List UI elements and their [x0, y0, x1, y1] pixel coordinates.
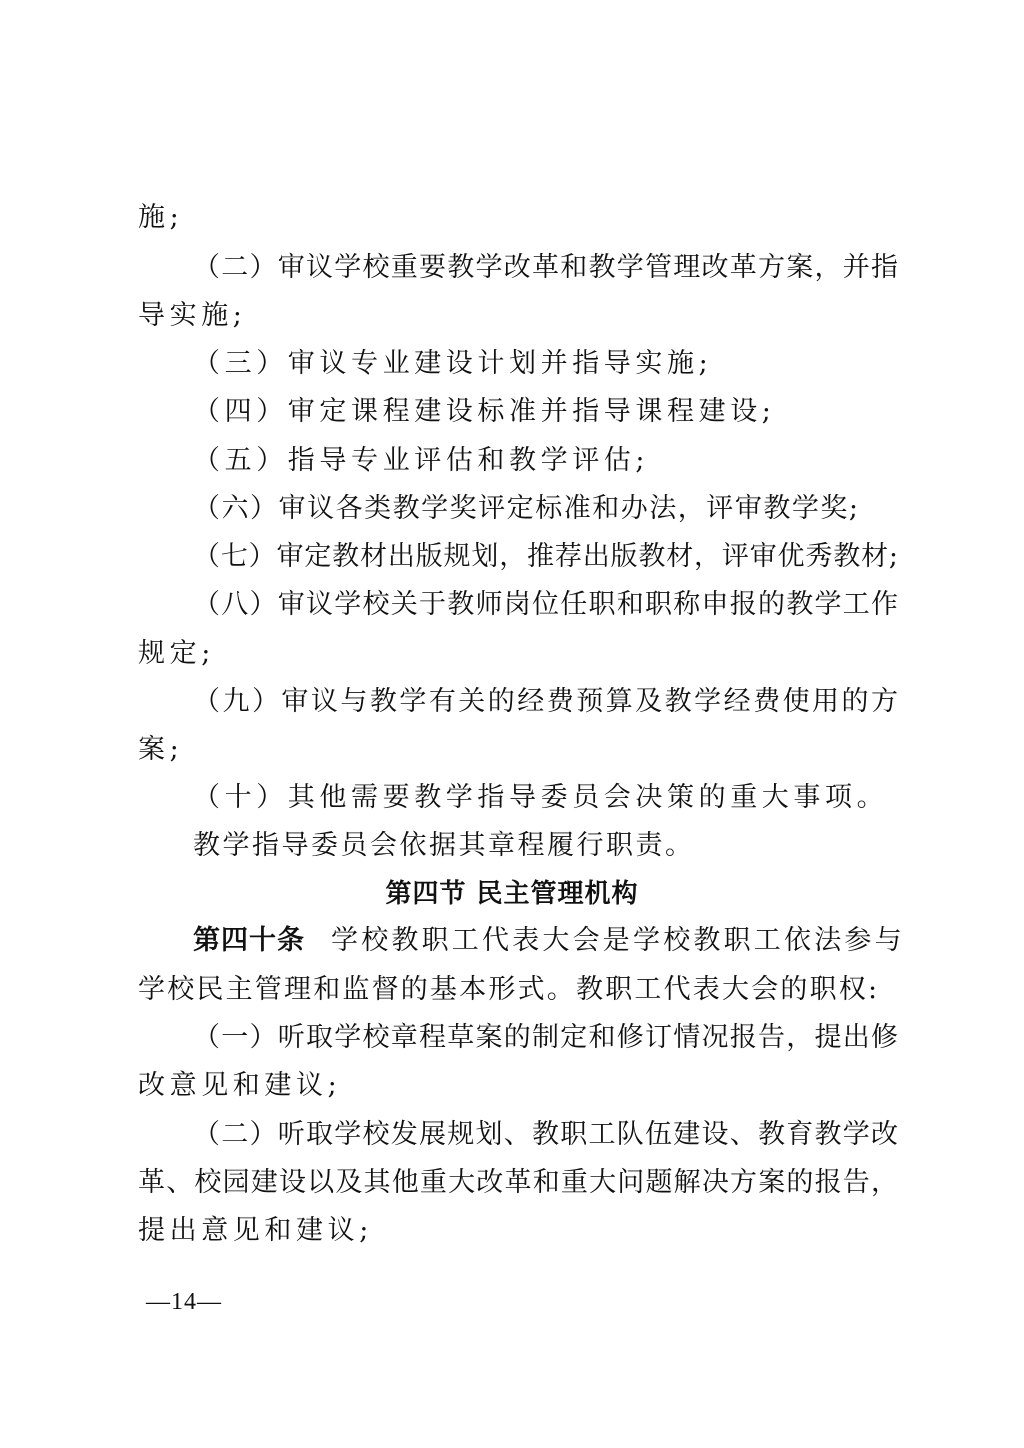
- paragraph-line: 案;: [138, 733, 183, 767]
- article-first-line: 第四十条学校教职工代表大会是学校教职工依法参与: [193, 924, 905, 958]
- article-label: 第四十条: [193, 925, 305, 956]
- list-item-3: （三）审议专业建设计划并指导实施;: [193, 347, 712, 381]
- list-item-9: （九）审议与教学有关的经费预算及教学经费使用的方: [193, 685, 898, 719]
- paragraph-line: 导实施;: [138, 299, 247, 333]
- list-item-6: （六）审议各类教学奖评定标准和办法，评审教学奖;: [193, 492, 858, 526]
- article-text: 学校教职工代表大会是学校教职工依法参与: [331, 925, 905, 956]
- page-number: —14—: [146, 1287, 222, 1317]
- list-item-1: （一）听取学校章程草案的制定和修订情况报告，提出修: [193, 1021, 898, 1055]
- paragraph-line: 规定;: [138, 637, 215, 671]
- section-heading: 第四节 民主管理机构: [0, 877, 1024, 911]
- list-item-5: （五）指导专业评估和教学评估;: [193, 444, 649, 478]
- list-item-7: （七）审定教材出版规划，推荐出版教材，评审优秀教材;: [193, 540, 898, 574]
- list-item-4: （四）审定课程建设标准并指导课程建设;: [193, 395, 776, 429]
- paragraph-line: 革、校园建设以及其他重大改革和重大问题解决方案的报告，: [138, 1166, 898, 1200]
- list-item-8: （八）审议学校关于教师岗位任职和职称申报的教学工作: [193, 588, 898, 622]
- paragraph-line: 改意见和建议;: [138, 1069, 341, 1103]
- paragraph-line: 教学指导委员会依据其章程履行职责。: [193, 829, 695, 863]
- paragraph-line: 提出意见和建议;: [138, 1214, 373, 1248]
- list-item-10: （十）其他需要教学指导委员会决策的重大事项。: [193, 781, 888, 815]
- paragraph-line: 学校民主管理和监督的基本形式。教职工代表大会的职权:: [138, 973, 879, 1007]
- paragraph-line: 施;: [138, 201, 183, 235]
- list-item-2b: （二）听取学校发展规划、教职工队伍建设、教育教学改: [193, 1118, 898, 1152]
- list-item-2: （二）审议学校重要教学改革和教学管理改革方案，并指: [193, 251, 898, 285]
